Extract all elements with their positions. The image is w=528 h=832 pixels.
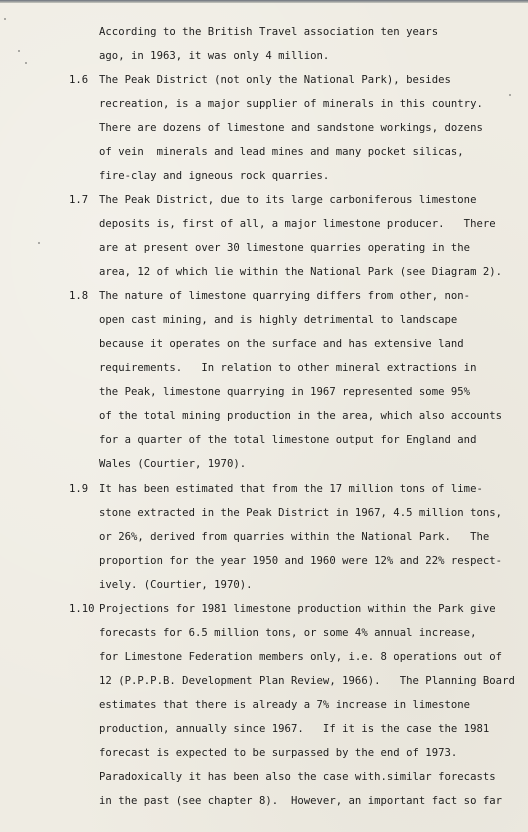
text-line: proportion for the year 1950 and 1960 we… (99, 554, 502, 568)
text-line: recreation, is a major supplier of miner… (99, 97, 483, 111)
text-line: fire-clay and igneous rock quarries. (99, 169, 329, 183)
paper-speck (18, 50, 20, 52)
text-line: because it operates on the surface and h… (99, 337, 464, 351)
text-line: forecasts for 6.5 million tons, or some … (99, 626, 476, 640)
text-line: The Peak District, due to its large carb… (99, 193, 476, 207)
text-line: According to the British Travel associat… (99, 25, 438, 39)
text-line: deposits is, first of all, a major limes… (99, 217, 496, 231)
text-line: area, 12 of which lie within the Nationa… (99, 265, 502, 279)
text-line: ago, in 1963, it was only 4 million. (99, 49, 329, 63)
text-line: are at present over 30 limestone quarrie… (99, 241, 470, 255)
text-line: production, annually since 1967. If it i… (99, 722, 489, 736)
text-line: in the past (see chapter 8). However, an… (99, 794, 502, 808)
text-line: the Peak, limestone quarrying in 1967 re… (99, 385, 470, 399)
text-line: for Limestone Federation members only, i… (99, 650, 502, 664)
paragraph-number: 1.8 (69, 289, 88, 303)
text-line: forecast is expected to be surpassed by … (99, 746, 457, 760)
paragraph-number: 1.7 (69, 193, 88, 207)
text-line: Wales (Courtier, 1970). (99, 457, 246, 471)
paragraph-number: 1.10 (69, 602, 95, 616)
text-line: estimates that there is already a 7% inc… (99, 698, 470, 712)
text-line: of the total mining production in the ar… (99, 409, 502, 423)
paragraph-number: 1.6 (69, 73, 88, 87)
text-line: There are dozens of limestone and sandst… (99, 121, 483, 135)
text-line: It has been estimated that from the 17 m… (99, 482, 483, 496)
text-line: ively. (Courtier, 1970). (99, 578, 253, 592)
text-line: open cast mining, and is highly detrimen… (99, 313, 457, 327)
paper-speck (25, 62, 27, 64)
paper-speck (38, 242, 40, 244)
text-line: 12 (P.P.P.B. Development Plan Review, 19… (99, 674, 515, 688)
text-line: or 26%, derived from quarries within the… (99, 530, 489, 544)
text-line: Projections for 1981 limestone productio… (99, 602, 496, 616)
text-line: The Peak District (not only the National… (99, 73, 451, 87)
paragraph-number: 1.9 (69, 482, 88, 496)
text-line: requirements. In relation to other miner… (99, 361, 476, 375)
page-top-edge (0, 0, 528, 3)
text-line: of vein minerals and lead mines and many… (99, 145, 464, 159)
typed-page: According to the British Travel associat… (0, 0, 528, 832)
text-line: Paradoxically it has been also the case … (99, 770, 496, 784)
paper-speck (4, 18, 6, 20)
text-line: stone extracted in the Peak District in … (99, 506, 502, 520)
text-line: for a quarter of the total limestone out… (99, 433, 476, 447)
text-line: The nature of limestone quarrying differ… (99, 289, 470, 303)
paper-speck (509, 94, 511, 96)
